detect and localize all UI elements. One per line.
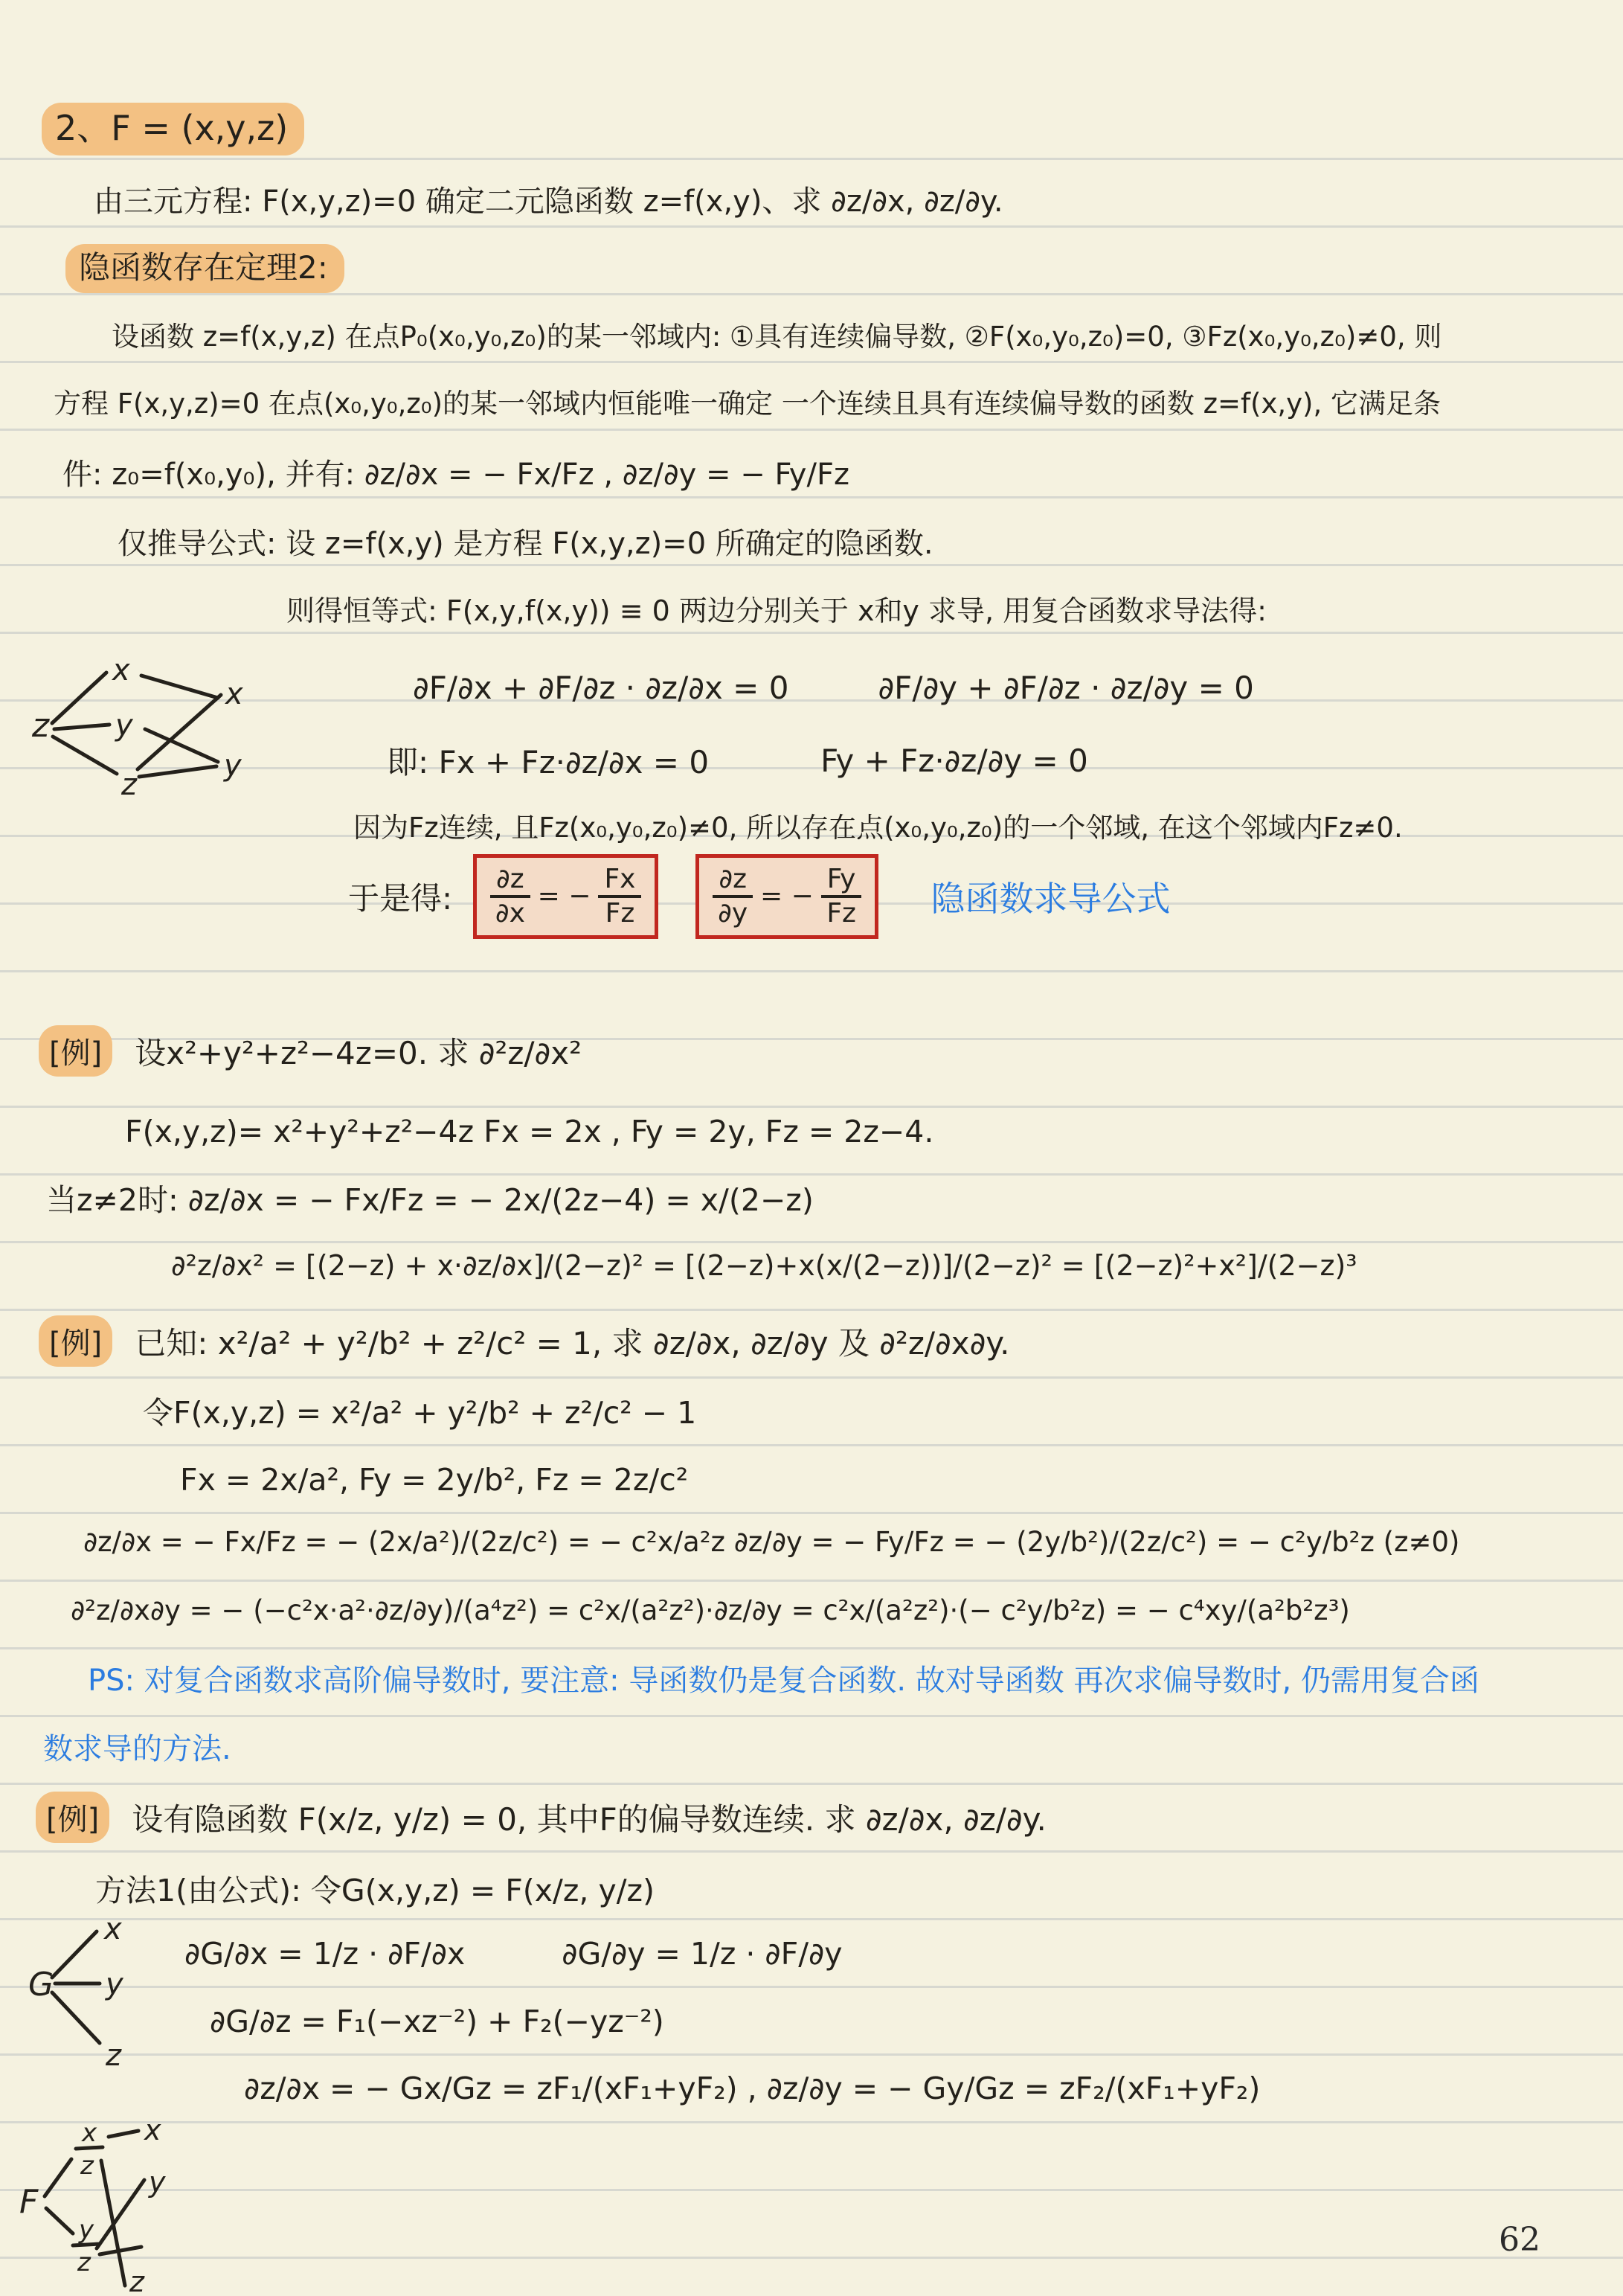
blue-annotation: 隐函数求导公式 [931, 872, 1170, 921]
example2-step-2: Fx = 2x/a², Fy = 2y/b², Fz = 2z/c² [180, 1463, 688, 1498]
equals-minus: = − [538, 881, 591, 911]
theorem-line-2: 方程 F(x,y,z)=0 在点(x₀,y₀,z₀)的某一邻域内恒能唯一确定 一… [54, 388, 1441, 420]
example2-step-1: 令F(x,y,z) = x²/a² + y²/b² + z²/c² − 1 [143, 1396, 696, 1431]
fx-fz-fraction: Fx Fz [598, 865, 641, 928]
theorem-title-row: 隐函数存在定理2: [65, 244, 344, 293]
tree2-root-label: G [28, 1966, 54, 2004]
tree-edge [145, 729, 218, 762]
tree-edge [139, 766, 216, 777]
theorem-title-highlight: 隐函数存在定理2: [65, 244, 344, 293]
tree3-leaf-z: z [129, 2265, 145, 2296]
tree-edge [54, 725, 109, 729]
chain-rule-equations-row: ∂F/∂x + ∂F/∂z · ∂z/∂x = 0 ∂F/∂y + ∂F/∂z … [413, 670, 1254, 706]
ps-note-line-1: PS: 对复合函数求高阶偏导数时, 要注意: 导函数仍是复合函数. 故对导函数 … [88, 1664, 1479, 1698]
tree3-frac1-num: x [81, 2118, 97, 2148]
fraction-bar [73, 2244, 100, 2245]
example2-heading-row: [例] 已知: x²/a² + y²/b² + z²/c² = 1, 求 ∂z/… [39, 1315, 1010, 1367]
example1-tag: [例] [39, 1025, 112, 1077]
chain-rule-eq-y: ∂F/∂y + ∂F/∂z · ∂z/∂y = 0 [878, 670, 1253, 706]
tree-edge [52, 673, 106, 723]
tree3-leaf-x: x [144, 2114, 161, 2146]
tree1-z-label: z [120, 768, 138, 801]
dependency-tree-z-xyz: z x y z x y [26, 649, 257, 801]
section-heading: 2、F = (x,y,z) [42, 103, 304, 155]
tree3-fraction-yz: y z [73, 2215, 100, 2277]
fz-denominator: Fz [826, 898, 856, 928]
dzdx-numerator: ∂z [490, 865, 530, 898]
chain-rule-eq-x: ∂F/∂x + ∂F/∂z · ∂z/∂x = 0 [413, 670, 788, 706]
example1-heading-row: [例] 设x²+y²+z²−4z=0. 求 ∂²z/∂x² [39, 1025, 582, 1077]
derivation-line-3: 因为Fz连续, 且Fz(x₀,y₀,z₀)≠0, 所以存在点(x₀,y₀,z₀)… [353, 812, 1403, 844]
conclusion-row: 于是得: ∂z ∂x = − Fx Fz ∂z ∂y = − Fy Fz 隐函数… [348, 854, 1170, 939]
tree1-right-y-label: y [223, 748, 242, 783]
tree2-z-label: z [105, 2039, 122, 2073]
fy-fz-fraction: Fy Fz [821, 865, 862, 928]
tree1-y-label: y [115, 708, 134, 743]
equals-minus: = − [760, 881, 814, 911]
tree3-frac1-den: z [80, 2151, 94, 2181]
page-number: 62 [1499, 2221, 1540, 2259]
tree3-leaf-y: y [148, 2166, 166, 2199]
heading-highlight: 2、F = (x,y,z) [42, 103, 304, 155]
tree-edge [46, 2208, 73, 2234]
notebook-page: 2、F = (x,y,z) 由三元方程: F(x,y,z)=0 确定二元隐函数 … [0, 0, 1623, 2296]
tree2-x-label: x [103, 1912, 122, 1946]
tree3-frac2-den: z [77, 2248, 91, 2277]
tree-edge [141, 676, 218, 698]
tree1-root-label: z [31, 707, 50, 745]
example3-eq-2: ∂G/∂y = 1/z · ∂F/∂y [562, 1936, 842, 1972]
tree1-right-x-label: x [224, 677, 243, 711]
tree-edge [52, 1931, 97, 1978]
dzdy-denominator: ∂y [718, 898, 748, 928]
simplified-eq-x: 即: Fx + Fz·∂z/∂x = 0 [387, 738, 709, 783]
conclusion-prefix: 于是得: [348, 874, 452, 919]
fx-numerator: Fx [598, 865, 641, 898]
dependency-tree-g-xyz: G x y z [22, 1909, 156, 2091]
example3-eq-row: ∂G/∂x = 1/z · ∂F/∂x ∂G/∂y = 1/z · ∂F/∂y [184, 1936, 843, 1972]
example3-eq-4: ∂z/∂x = − Gx/Gz = zF₁/(xF₁+yF₂) , ∂z/∂y … [244, 2071, 1260, 2106]
example3-problem: 设有隐函数 F(x/z, y/z) = 0, 其中F的偏导数连续. 求 ∂z/∂… [132, 1795, 1047, 1840]
tree3-fraction-xz: x z [76, 2118, 103, 2181]
fy-numerator: Fy [821, 865, 862, 898]
example1-step-1: F(x,y,z)= x²+y²+z²−4z Fx = 2x , Fy = 2y,… [125, 1115, 933, 1149]
tree-edge [109, 2131, 138, 2137]
example2-problem: 已知: x²/a² + y²/b² + z²/c² = 1, 求 ∂z/∂x, … [135, 1319, 1009, 1364]
example2-step-3: ∂z/∂x = − Fx/Fz = − (2x/a²)/(2z/c²) = − … [83, 1527, 1459, 1559]
tree-edge [52, 1992, 100, 2043]
example2-tag: [例] [39, 1315, 112, 1367]
tree-edge [45, 2159, 71, 2196]
tree2-y-label: y [105, 1967, 124, 2001]
dzdx-denominator: ∂x [495, 898, 525, 928]
intro-line: 由三元方程: F(x,y,z)=0 确定二元隐函数 z=f(x,y)、求 ∂z/… [94, 185, 1003, 219]
ps-note-line-2: 数求导的方法. [43, 1732, 231, 1766]
example2-step-4: ∂²z/∂x∂y = − (−c²x·a²·∂z/∂y)/(a⁴z²) = c²… [71, 1595, 1350, 1627]
dzdx-fraction: ∂z ∂x [490, 865, 530, 928]
fraction-bar [76, 2147, 103, 2149]
theorem-line-1: 设函数 z=f(x,y,z) 在点P₀(x₀,y₀,z₀)的某一邻域内: ①具有… [112, 321, 1442, 353]
dzdy-fraction: ∂z ∂y [713, 865, 753, 928]
derivation-line-2: 则得恒等式: F(x,y,f(x,y)) ≡ 0 两边分别关于 x和y 求导, … [286, 595, 1267, 628]
formula-box-dzdx: ∂z ∂x = − Fx Fz [473, 854, 658, 939]
example1-step-2: 当z≠2时: ∂z/∂x = − Fx/Fz = − 2x/(2z−4) = x… [46, 1183, 814, 1218]
example1-problem: 设x²+y²+z²−4z=0. 求 ∂²z/∂x² [135, 1029, 582, 1074]
tree-edge [53, 737, 117, 774]
tree3-frac2-num: y [78, 2215, 94, 2245]
tree1-x-label: x [111, 653, 130, 687]
simplified-eq-y: Fy + Fz·∂z/∂y = 0 [820, 743, 1088, 779]
formula-box-dzdy: ∂z ∂y = − Fy Fz [695, 854, 878, 939]
example3-tag: [例] [36, 1792, 109, 1843]
example1-step-3: ∂²z/∂x² = [(2−z) + x·∂z/∂x]/(2−z)² = [(2… [171, 1250, 1357, 1283]
tree3-root-label: F [19, 2183, 39, 2221]
tree-edge [97, 2180, 144, 2248]
dzdy-numerator: ∂z [713, 865, 753, 898]
example3-method: 方法1(由公式): 令G(x,y,z) = F(x/z, y/z) [95, 1873, 655, 1908]
theorem-line-3: 件: z₀=f(x₀,y₀), 并有: ∂z/∂x = − Fx/Fz , ∂z… [62, 458, 849, 492]
derivation-line-1: 仅推导公式: 设 z=f(x,y) 是方程 F(x,y,z)=0 所确定的隐函数… [118, 527, 933, 561]
example3-eq-3: ∂G/∂z = F₁(−xz⁻²) + F₂(−yz⁻²) [210, 2004, 664, 2039]
dependency-tree-f-fractions: F x z y z x y z [13, 2114, 192, 2296]
simplified-equations-row: 即: Fx + Fz·∂z/∂x = 0 Fy + Fz·∂z/∂y = 0 [387, 738, 1088, 783]
fz-denominator: Fz [605, 898, 635, 928]
example3-heading-row: [例] 设有隐函数 F(x/z, y/z) = 0, 其中F的偏导数连续. 求 … [36, 1792, 1047, 1843]
example3-eq-1: ∂G/∂x = 1/z · ∂F/∂x [184, 1936, 465, 1972]
